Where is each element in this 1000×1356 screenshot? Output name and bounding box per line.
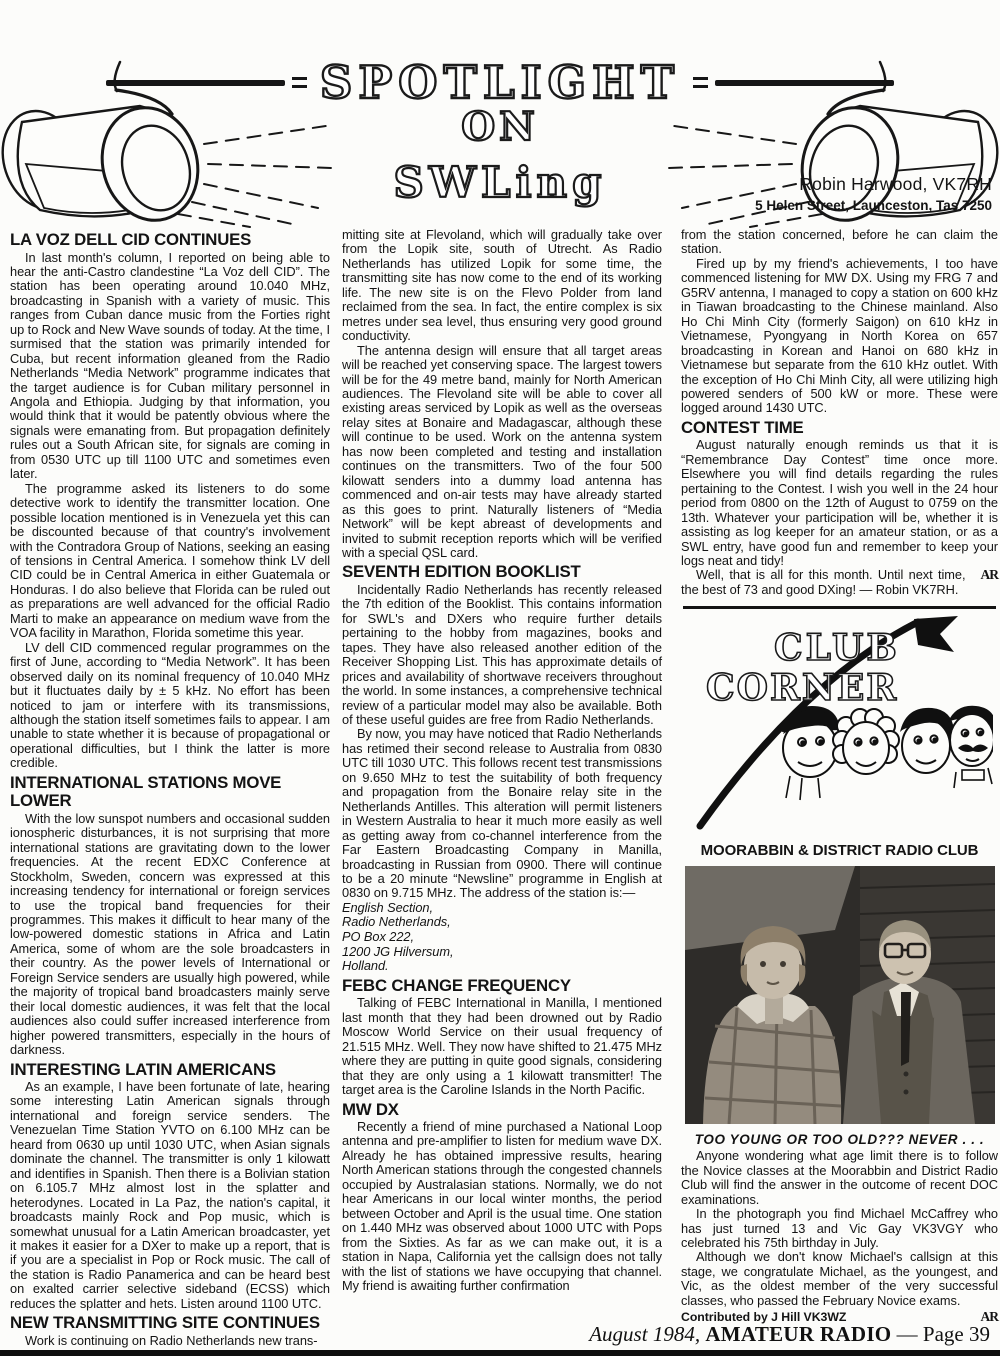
body-paragraph: In last month's column, I reported on be…	[10, 251, 330, 482]
section-heading: NEW TRANSMITTING SITE CONTINUES	[10, 1314, 330, 1333]
body-paragraph: With the low sunspot numbers and occasio…	[10, 812, 330, 1058]
address-line: PO Box 222,	[342, 930, 662, 945]
club-heading: MOORABBIN & DISTRICT RADIO CLUB	[681, 844, 998, 858]
author-address: 5 Helen Street, Launceston, Tas 7250	[755, 198, 992, 213]
body-paragraph: By now, you may have noticed that Radio …	[342, 727, 662, 900]
section-divider	[683, 606, 996, 609]
section-heading: FEBC CHANGE FREQUENCY	[342, 977, 662, 996]
author-name: Robin Harwood, VK7RH	[755, 174, 992, 195]
column-1: LA VOZ DELL CID CONTINUES In last month'…	[10, 228, 330, 1348]
body-paragraph: Work is continuing on Radio Netherlands …	[10, 1334, 330, 1348]
body-paragraph: Although we don't know Michael's callsig…	[681, 1250, 998, 1308]
bar-left	[106, 80, 285, 86]
ar-magazine-mark: AR	[966, 568, 999, 582]
magazine-page: { "masthead": { "title_line1": "SPOTLIGH…	[0, 0, 1000, 1356]
body-paragraph: from the station concerned, before he ca…	[681, 228, 998, 257]
signoff-text: Well, that is all for this month. Until …	[681, 567, 966, 596]
club-corner-word1: CLUB	[774, 627, 900, 669]
body-paragraph: Incidentally Radio Netherlands has recen…	[342, 583, 662, 728]
body-paragraph: In the photograph you find Michael McCaf…	[681, 1207, 998, 1250]
footer-page-number: — Page 39	[897, 1322, 990, 1346]
bar-right	[715, 80, 894, 86]
body-paragraph: Talking of FEBC International in Manilla…	[342, 996, 662, 1097]
body-paragraph: Anyone wondering what age limit there is…	[681, 1149, 998, 1207]
body-paragraph: The antenna design will ensure that all …	[342, 344, 662, 561]
address-line: Holland.	[342, 959, 662, 974]
column-title-on: ON	[0, 104, 1000, 150]
body-paragraph: August naturally enough reminds us that …	[681, 438, 998, 568]
footer-issue: August 1984,	[589, 1322, 700, 1346]
body-paragraph: The programme asked its listeners to do …	[10, 482, 330, 641]
body-paragraph: LV dell CID commenced regular programmes…	[10, 641, 330, 771]
photo-caption: TOO YOUNG OR TOO OLD??? NEVER . . .	[681, 1133, 998, 1147]
page-bottom-rule	[0, 1350, 1000, 1356]
page-footer: August 1984, AMATEUR RADIO — Page 39	[589, 1322, 990, 1347]
column-title-spotlight: SPOTLIGHT	[314, 60, 686, 105]
club-corner-word2: CORNER	[706, 667, 898, 709]
masthead: SPOTLIGHT ON SWLing Robin Harwood, VK7RH…	[0, 0, 1000, 226]
equals-ornament-right	[693, 77, 708, 88]
cartoon-members	[782, 706, 993, 800]
body-paragraph: As an example, I have been fortunate of …	[10, 1080, 330, 1311]
section-heading: MW DX	[342, 1101, 662, 1120]
author-block: Robin Harwood, VK7RH 5 Helen Street, Lau…	[755, 174, 992, 213]
club-corner-art: CLUB CORNER	[686, 614, 993, 836]
body-paragraph: Fired up by my friend's achievements, I …	[681, 257, 998, 416]
column-2: mitting site at Flevoland, which will gr…	[342, 228, 662, 1293]
column-3: from the station concerned, before he ca…	[681, 228, 998, 1325]
station-address: English Section, Radio Netherlands, PO B…	[342, 901, 662, 974]
section-heading: SEVENTH EDITION BOOKLIST	[342, 563, 662, 582]
section-heading: INTERESTING LATIN AMERICANS	[10, 1061, 330, 1080]
body-paragraph: Recently a friend of mine purchased a Na…	[342, 1120, 662, 1293]
address-line: Radio Netherlands,	[342, 915, 662, 930]
address-line: 1200 JG Hilversum,	[342, 945, 662, 960]
footer-magazine-title: AMATEUR RADIO	[705, 1322, 891, 1346]
masthead-bar: SPOTLIGHT	[106, 60, 894, 105]
section-heading: LA VOZ DELL CID CONTINUES	[10, 231, 330, 250]
signoff-paragraph: ARWell, that is all for this month. Unti…	[681, 568, 998, 597]
section-heading: INTERNATIONAL STATIONS MOVE LOWER	[10, 774, 330, 811]
address-line: English Section,	[342, 901, 662, 916]
body-paragraph: mitting site at Flevoland, which will gr…	[342, 228, 662, 344]
equals-ornament-left	[292, 77, 307, 88]
photo-michael-and-vic	[685, 866, 995, 1124]
section-heading: CONTEST TIME	[681, 419, 998, 438]
